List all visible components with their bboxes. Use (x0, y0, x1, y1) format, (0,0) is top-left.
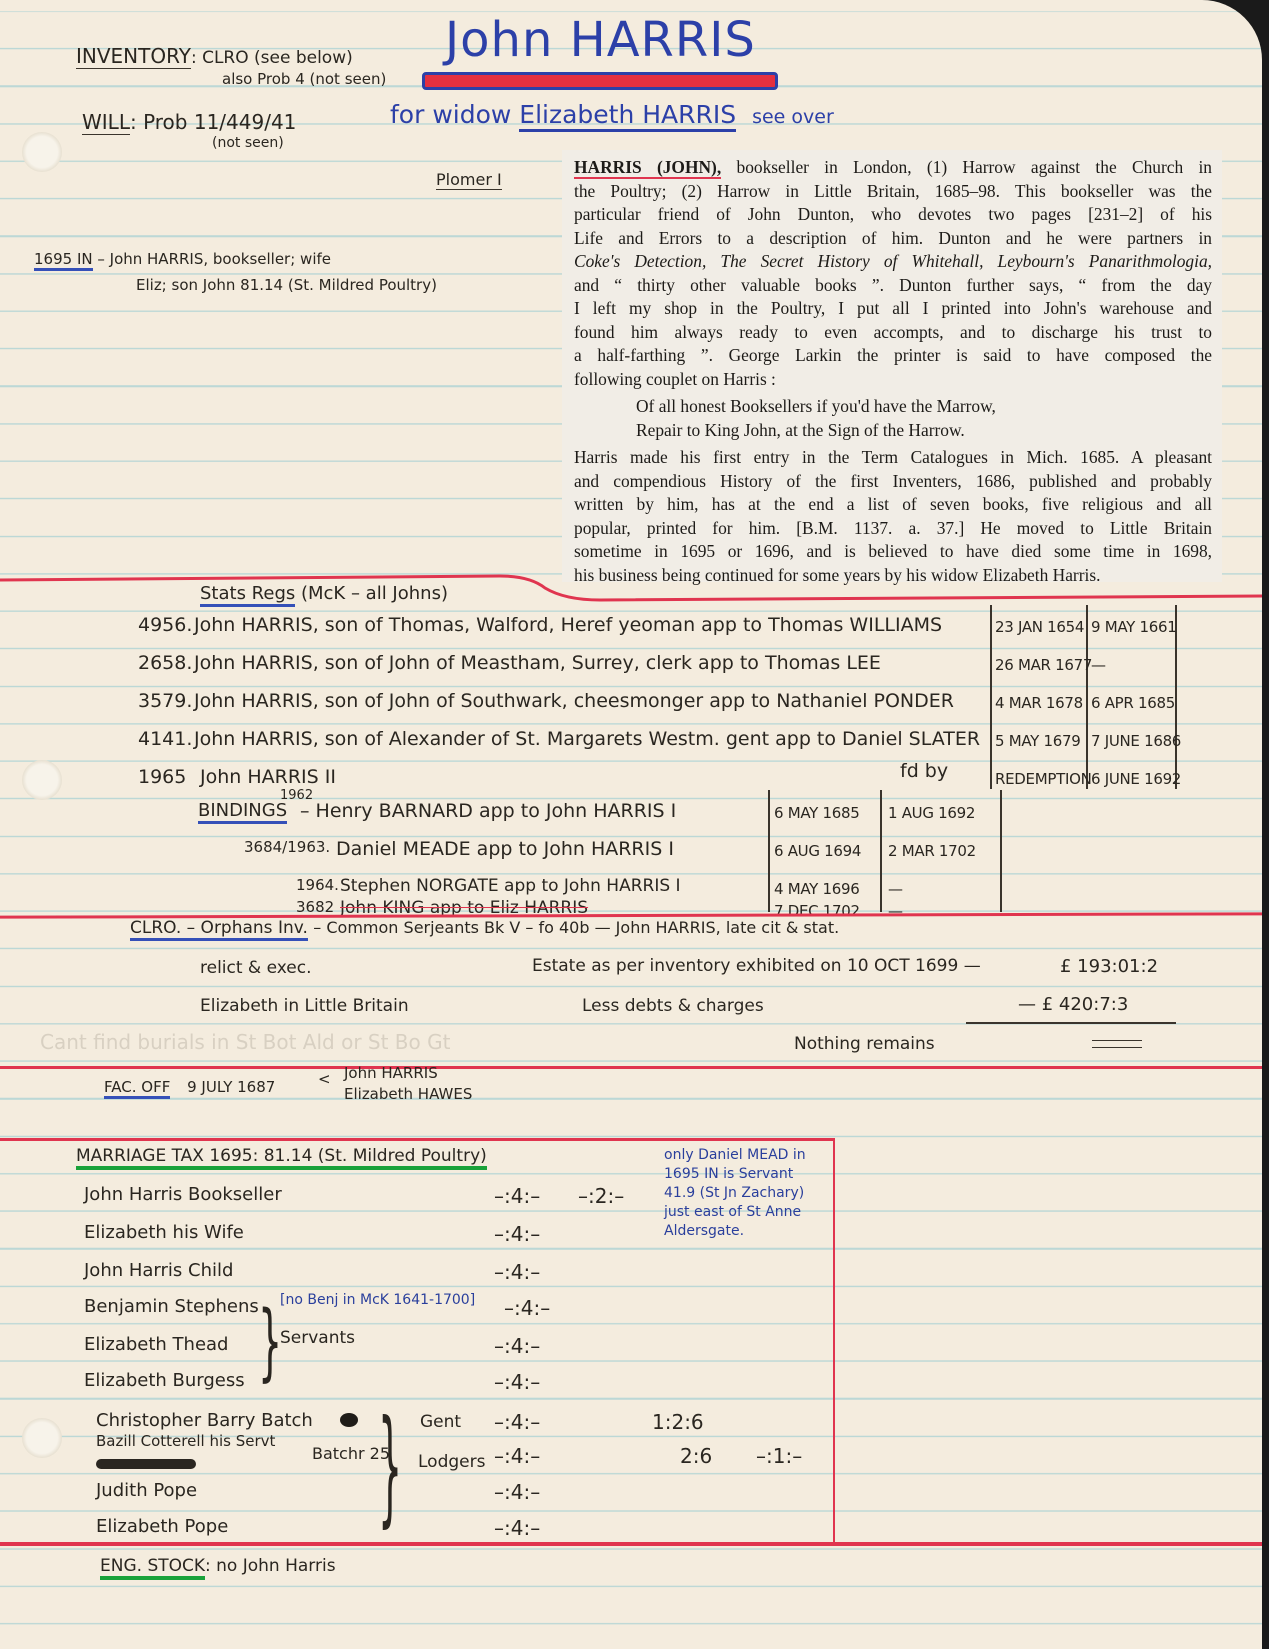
punch-hole (22, 760, 62, 800)
fac-off-party1: John HARRIS (344, 1064, 438, 1082)
bindings-heading: BINDINGS (198, 800, 287, 821)
clipping-heading: HARRIS (JOHN), (574, 157, 721, 179)
bound-date: 23 JAN 1654 (995, 618, 1084, 636)
clipping-line: Coke's Detection, The Secret History of … (574, 250, 1212, 274)
widow-name-link[interactable]: Elizabeth HARRIS (519, 100, 736, 132)
freed-date: — (888, 902, 903, 920)
tax-box-right (833, 1138, 835, 1542)
freed-date: 1 AUG 1692 (888, 804, 975, 822)
batchelor-age: Batchr 25 (312, 1444, 390, 1463)
tax-person: Elizabeth his Wife (84, 1222, 244, 1243)
clipping-line: I left my shop in the Poultry, I put all… (574, 297, 1212, 321)
tax-extra2: –:1:– (756, 1444, 802, 1468)
tax-extra: 2:6 (680, 1444, 712, 1468)
will-line: WILL: Prob 11/449/41 (82, 110, 296, 134)
register-entry: John HARRIS, son of Alexander of St. Mar… (194, 728, 980, 750)
eng-stock-line: ENG. STOCK: no John Harris (100, 1556, 336, 1576)
freed-date: — (888, 880, 903, 898)
clro-line1: – Common Serjeants Bk V – fo 40b — John … (313, 918, 839, 937)
clro-line: CLRO. – Orphans Inv. – Common Serjeants … (130, 918, 839, 938)
bracket: < (318, 1070, 331, 1088)
register-number: 4956. (138, 614, 192, 636)
inventory-sub: also Prob 4 (not seen) (222, 70, 386, 88)
freed-date: — (1091, 656, 1106, 674)
clipping-line: Harris made his first entry in the Term … (574, 446, 1212, 470)
fac-off-party2: Elizabeth HAWES (344, 1085, 472, 1103)
tax-person: Bazill Cotterell his Servt (96, 1432, 275, 1450)
bound-date: 26 MAR 1677 (995, 656, 1092, 674)
side-note-line: 41.9 (St Jn Zachary) (664, 1184, 806, 1203)
register-entry: John HARRIS, son of John of Meastham, Su… (194, 652, 881, 674)
binding-number: 3684/1963. (244, 838, 330, 856)
tax-amount: –:4:– (494, 1334, 540, 1358)
plomer-source: Plomer I (436, 170, 502, 190)
tax-amount: –:4:– (504, 1296, 550, 1320)
tax-person: Elizabeth Burgess (84, 1370, 245, 1391)
tax-amount: –:4:– (494, 1516, 540, 1540)
double-rule (1092, 1040, 1142, 1048)
clro-debts-amount: — £ 420:7:3 (1018, 994, 1128, 1015)
tax-person: Elizabeth Pope (96, 1516, 228, 1537)
column-rule (990, 605, 992, 789)
binding-entry: Daniel MEADE app to John HARRIS I (336, 838, 674, 860)
page-title: John HARRIS (445, 12, 756, 68)
punch-hole (22, 132, 62, 172)
lodgers-brace: } (378, 1404, 402, 1529)
register-number: 3579. (138, 690, 192, 712)
register-number: 4141. (138, 728, 192, 750)
will-value: : Prob 11/449/41 (130, 110, 296, 134)
register-number: 1965 (138, 766, 186, 788)
widow-reference: for widow Elizabeth HARRIS see over (390, 100, 834, 129)
side-note-line: just east of St Anne (664, 1203, 806, 1222)
side-note-line: only Daniel MEAD in (664, 1146, 806, 1165)
stats-regs-heading: Stats Regs (McK – all Johns) (200, 583, 448, 604)
tax-person: John Harris Bookseller (84, 1184, 282, 1205)
erased-note: Cant find burials in St Bot Ald or St Bo… (40, 1030, 450, 1054)
couplet-line: Repair to King John, at the Sign of the … (574, 419, 1212, 443)
column-rule (768, 790, 770, 912)
freed-date: 6 JUNE 1692 (1091, 770, 1181, 788)
see-over-note: see over (752, 106, 834, 128)
section-divider (0, 1542, 1262, 1546)
section-divider (0, 570, 1262, 610)
binding-number: 3682 (296, 898, 334, 916)
clro-estate-amount: £ 193:01:2 (1060, 956, 1158, 977)
tax-box-top (0, 1138, 835, 1141)
side-note-line: 1695 IN is Servant (664, 1165, 806, 1184)
inventory-line: INVENTORY: CLRO (see below) (76, 44, 353, 68)
title-underline (422, 72, 778, 90)
clipping-line: a half-farthing ”. George Larkin the pri… (574, 344, 1212, 368)
clipping-line: and compendious History of the first Inv… (574, 470, 1212, 494)
will-sub: (not seen) (212, 135, 284, 151)
bound-date: REDEMPTION (995, 770, 1092, 788)
clro-result: Nothing remains (794, 1034, 935, 1054)
bound-date: 5 MAY 1679 (995, 732, 1080, 750)
binding-number: 1964. (296, 876, 339, 894)
clro-estate: Estate as per inventory exhibited on 10 … (532, 956, 981, 976)
tax-amount: –:4:– (494, 1260, 540, 1284)
bindings-label: BINDINGS (198, 800, 287, 824)
servants-group-label: Servants (280, 1328, 355, 1348)
tax-person: John Harris Child (84, 1260, 233, 1281)
sum-rule (966, 1022, 1176, 1024)
freed-by-note: fd by (900, 760, 948, 782)
tax-amount: –:4:– (494, 1184, 540, 1208)
freed-date: 9 MAY 1661 (1091, 618, 1176, 636)
clipping-line: sometime in 1695 or 1696, and is believe… (574, 540, 1212, 564)
gent-group-label: Gent (420, 1412, 461, 1432)
register-entry: John HARRIS, son of Thomas, Walford, Her… (194, 614, 942, 636)
clipping-line: following couplet on Harris : (574, 368, 1212, 392)
eng-stock-value: : no John Harris (205, 1556, 336, 1576)
binding-entry: Stephen NORGATE app to John HARRIS I (340, 876, 681, 896)
marriage-tax-heading: MARRIAGE TAX 1695: 81.14 (St. Mildred Po… (76, 1146, 487, 1170)
tax-extra: –:2:– (578, 1184, 624, 1208)
column-rule (880, 790, 882, 912)
bound-date: 6 AUG 1694 (774, 842, 861, 860)
fac-off-line: FAC. OFF 9 JULY 1687 (104, 1078, 275, 1096)
clro-relict: relict & exec. (200, 958, 312, 978)
register-number: 2658. (138, 652, 192, 674)
benjamin-note: [no Benj in McK 1641-1700] (280, 1292, 475, 1308)
inventory-value: : CLRO (see below) (191, 48, 353, 68)
servants-brace: } (258, 1300, 282, 1384)
tax-person: Elizabeth Thead (84, 1334, 228, 1355)
plomer-entry-line1: – John HARRIS, bookseller; wife (97, 250, 331, 268)
plomer-dictionary-clipping: HARRIS (JOHN), bookseller in London, (1)… (562, 150, 1222, 582)
tax-person: Benjamin Stephens (84, 1296, 259, 1317)
plomer-entry-line2: Eliz; son John 81.14 (St. Mildred Poultr… (136, 276, 437, 294)
eng-stock-label: ENG. STOCK (100, 1556, 205, 1580)
fac-off-label: FAC. OFF (104, 1078, 170, 1099)
clipping-line: popular, printed for him. [B.M. 1137. a.… (574, 517, 1212, 541)
ink-blot (340, 1413, 358, 1427)
clro-label: CLRO. – Orphans Inv. (130, 918, 308, 941)
side-note: only Daniel MEAD in 1695 IN is Servant 4… (664, 1146, 806, 1241)
freed-date: 6 APR 1685 (1091, 694, 1175, 712)
tax-extra: 1:2:6 (652, 1410, 704, 1434)
section-divider (0, 1066, 1262, 1069)
clro-location: Elizabeth in Little Britain (200, 996, 409, 1016)
lodgers-group-label: Lodgers (418, 1452, 485, 1472)
clipping-line: found him always ready to even accompts,… (574, 321, 1212, 345)
stats-regs-label: Stats Regs (200, 583, 295, 607)
stats-regs-note: (McK – all Johns) (301, 583, 448, 604)
clipping-line: Life and Errors to a description of him.… (574, 227, 1212, 251)
bound-date: 4 MAR 1678 (995, 694, 1083, 712)
clipping-line: particular friend of John Dunton, who de… (574, 203, 1212, 227)
clipping-line: bookseller in London, (1) Harrow against… (721, 157, 1212, 177)
punch-hole (22, 1418, 62, 1458)
binding-entry: – Henry BARNARD app to John HARRIS I (300, 800, 676, 822)
clro-debts: Less debts & charges (582, 996, 764, 1016)
inventory-label: INVENTORY (76, 44, 191, 69)
widow-prefix: for widow (390, 100, 511, 129)
tax-person: Christopher Barry Batch (96, 1410, 313, 1431)
tax-amount: –:4:– (494, 1480, 540, 1504)
clipping-line: written by him, has at the end a list of… (574, 493, 1212, 517)
side-note-line: Aldersgate. (664, 1222, 806, 1241)
column-rule (1086, 605, 1088, 789)
clipping-line: the Poultry; (2) Harrow in Little Britai… (574, 180, 1212, 204)
will-label: WILL (82, 110, 130, 135)
tax-person: Judith Pope (96, 1480, 197, 1501)
plomer-entry-label: 1695 IN (34, 250, 93, 271)
tax-amount: –:4:– (494, 1410, 540, 1434)
freed-date: 2 MAR 1702 (888, 842, 976, 860)
index-card: INVENTORY: CLRO (see below) also Prob 4 … (0, 0, 1262, 1649)
tax-amount: –:4:– (494, 1370, 540, 1394)
couplet-line: Of all honest Booksellers if you'd have … (574, 395, 1212, 419)
bound-date: 4 MAY 1696 (774, 880, 859, 898)
register-entry: John HARRIS, son of John of Southwark, c… (194, 690, 954, 712)
struck-out-text (96, 1459, 196, 1469)
bound-date: 6 MAY 1685 (774, 804, 859, 822)
plomer-entry: 1695 IN – John HARRIS, bookseller; wife (34, 250, 331, 268)
fac-off-date: 9 JULY 1687 (187, 1078, 275, 1096)
clipping-line: and “ thirty other valuable books ”. Dun… (574, 274, 1212, 298)
tax-amount: –:4:– (494, 1444, 540, 1468)
tax-amount: –:4:– (494, 1222, 540, 1246)
column-rule (1000, 790, 1002, 912)
register-entry: John HARRIS II (200, 766, 336, 788)
freed-date: 7 JUNE 1686 (1091, 732, 1181, 750)
